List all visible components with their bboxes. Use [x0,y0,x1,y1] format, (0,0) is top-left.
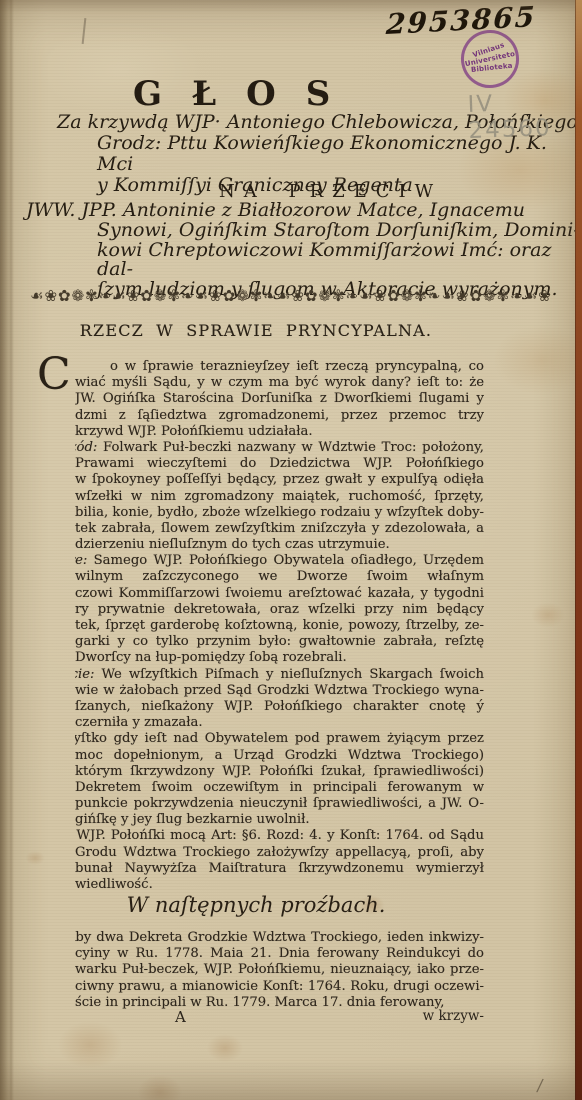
paragraph: Co w ſprawie teraznieyſzey ieſt rzeczą p… [28,359,484,440]
paragraph-label: Powtòre: [75,553,94,568]
paragraph: Nayprzód: Folwark Puł-beczki nazwany w W… [28,440,484,553]
petitions-subheading: W naſtępnych proźbach. [28,893,484,917]
paragraph: To wſzyſtko gdy ieſt nad Obywatelem pod … [28,731,484,828]
text-line: dzierzeniu nieſluſznym do tych czas utrz… [75,537,484,553]
page-footer-line: A w krzyw- [28,1008,484,1026]
pencil-stroke [82,18,86,44]
text-line: wiedliwość. [75,877,484,893]
text-line: ry prywatnie dekretowała, oraz wſzelki p… [75,602,484,618]
drop-cap: C [37,358,71,392]
text-line: tek zabrała, ſlowem zewſzyſtkim zniſzczy… [75,521,484,537]
text-line: To wſzyſtko gdy ieſt nad Obywatelem pod … [75,731,484,747]
text-line: Powtòre: Samego WJP. Połońſkiego Obywate… [75,553,484,569]
text-line: tek, ſprzęt garderobę koſztowną, konie, … [75,618,484,634]
text-line: ciwny prawu, a mianowicie Konſt: 1764. R… [75,979,484,995]
text-line: Przeto WJP. Połońſki mocą Art: §6. Rozd:… [75,828,484,844]
catchword: w krzyw- [423,1008,484,1024]
section-heading: RZECZ W SPRAWIE PRYNCYPALNA. [28,321,484,340]
text-line: Nayprzód: Folwark Puł-beczki nazwany w W… [75,440,484,456]
paragraph: Przeto WJP. Połońſki mocą Art: §6. Rozd:… [28,828,484,893]
text-line: bilia, konie, bydło, zboże wſzelkiego ro… [75,505,484,521]
text-line: moc dopełnionym, a Urząd Grodzki Wdztwa … [75,748,484,764]
text-line: w ſpokoyney poſſeſſyi będący, przez gwał… [75,472,484,488]
document-title: GŁOS [133,74,360,114]
text-line: czerniła y zmazała. [75,715,484,731]
text-line: czowi Kommiſſarzowi ſwoiemu areſztować k… [75,586,484,602]
text-line: wſzełki w nim zgromadzony maiątek, rucho… [75,489,484,505]
petitions-block: 1mo. Aby dwa Dekreta Grodzkie Wdztwa Tro… [28,930,484,1011]
text-line: 1mo. Aby dwa Dekreta Grodzkie Wdztwa Tro… [75,930,484,946]
text-line: Dworſcy na łup-pomiędzy ſobą rozebrali. [75,650,484,666]
text-line: Potrzecie: We wſzyſtkich Piſmach y nieſl… [75,667,484,683]
accession-number: 2953865 [385,0,537,41]
paragraph-label: Potrzecie: [75,667,102,682]
paragraph-label: Nayprzód: [75,440,103,455]
text-line: garki y co tylko przynim było: gwałtowni… [75,634,484,650]
text-line: bunał Naywyżſza Maiſtratura ſkrzywdzonem… [75,861,484,877]
text-line: ſzanych, nieſkażony WJP. Połońſkiego cha… [75,699,484,715]
text-line: którym ſkrzywdzony WJP. Połońſki ſzukał,… [75,764,484,780]
defendant-line: JWW. JPP. Antoninie z Białłozorow Matce,… [26,201,582,221]
text-line: Dekretem ſwoim oczewiſtym in principali … [75,780,484,796]
text-line: punkcie pokrzywdzenia nieuczynił ſprawie… [75,796,484,812]
paragraph: Potrzecie: We wſzyſtkich Piſmach y nieſl… [28,667,484,732]
paragraph: 1mo. Aby dwa Dekreta Grodzkie Wdztwa Tro… [28,930,484,1011]
text-line: Grodu Wdztwa Trockiego założywſzy appell… [75,845,484,861]
pen-mark: / [536,1076,544,1097]
shelfmark-pencil: IV 24560 [467,88,582,144]
text-line: gińſkę y jey ſlug bezkarnie uwolnił. [75,812,484,828]
signature-mark: A [175,1008,187,1026]
text-line: JW. Ogińſka Starościna Dorſuniſka z Dwor… [75,391,484,407]
text-line: o w ſprawie teraznieyſzey ieſt rzeczą pr… [75,359,484,375]
text-line: warku Puł-beczek, WJP. Połońſkiemu, nieu… [75,962,484,978]
defendant-line: Synowi, Ogińſkim Staroſtom Dorſuniſkim, … [97,221,582,241]
defendant-line: kowi Chreptowiczowi Kommiſſarżowi Imć: o… [97,241,582,281]
text-line: wiać myśli Sądu, y w czym ma być wyrok d… [75,375,484,391]
paragraph: Powtòre: Samego WJP. Połońſkiego Obywate… [28,553,484,666]
text-line: wie w żałobach przed Sąd Grodzki Wdztwa … [75,683,484,699]
ornament-divider: ☙❀✿❁✾❧☙❀✿❁✾❧☙❀✿❁✾❧☙❀✿❁✾❧☙❀✿❁✾❧☙❀✿❁✾❧☙❀✿❁… [30,285,550,308]
body-text: Co w ſprawie teraznieyſzey ieſt rzeczą p… [28,359,484,893]
text-line: cyiny w Ru. 1778. Maia 21. Dnia ferowany… [75,946,484,962]
text-line: Prawami wieczyſtemi do Dziedzictwa WJP. … [75,456,484,472]
text-line: krzywd WJP. Połońſkiemu udziałała. [75,424,484,440]
text-line: wilnym zaſzczyconego we Dworze ſwoim wła… [75,569,484,585]
page-edge-strip [575,0,582,1100]
document-page: 2953865 Vilniaus Universiteto Biblioteka… [0,0,582,1100]
text-line: dzmi z ſąſiedztwa zgromadzonemi, przez p… [75,408,484,424]
